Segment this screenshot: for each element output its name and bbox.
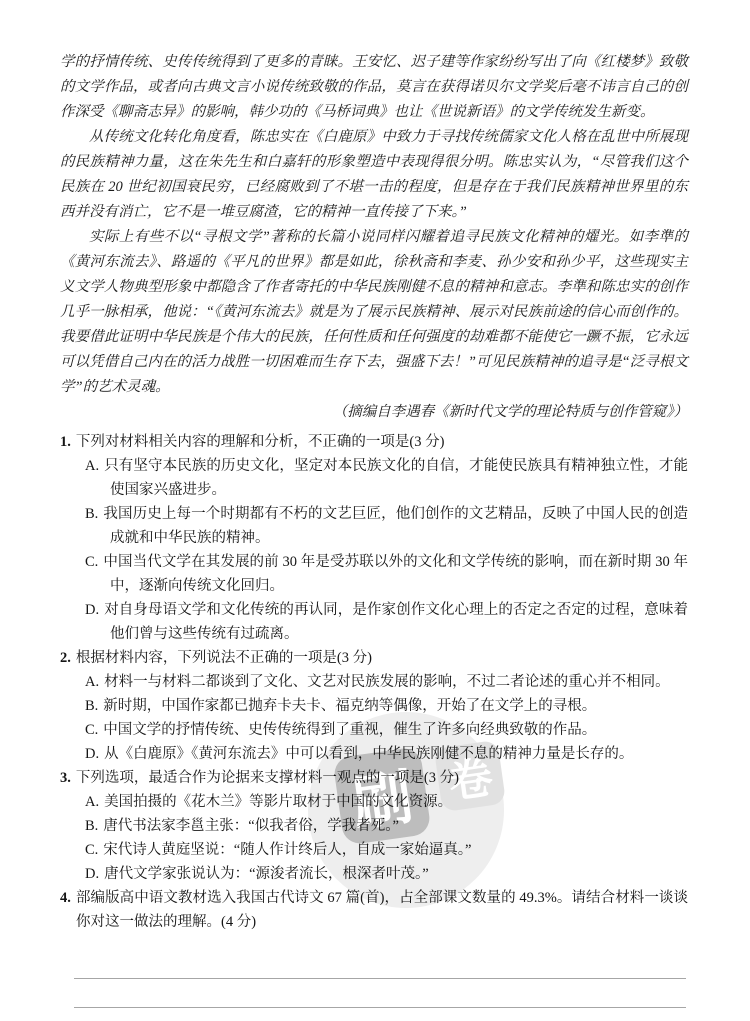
question-4: 4.部编版高中语文教材选入我国古代诗文 67 篇(首)，占全部课文数量的 49.… (60, 886, 688, 934)
question-number: 1. (60, 434, 71, 450)
material-paragraph-2: 从传统文化转化角度看，陈忠实在《白鹿原》中致力于寻找传统儒家文化人格在乱世中所展… (60, 125, 688, 225)
option-label: C. (85, 722, 98, 738)
question-1-option-d: D.对自身母语文学和文化传统的再认同，是作家创作文化心理上的否定之否定的过程，意… (60, 598, 688, 646)
material-attribution: （摘编自李遇春《新时代文学的理论特质与创作管窥》） (60, 400, 688, 425)
question-number: 2. (60, 650, 71, 666)
option-label: B. (85, 818, 98, 834)
page-content: 学的抒情传统、史传传统得到了更多的青睐。王安忆、迟子建等作家纷纷写出了向《红楼梦… (60, 50, 688, 1008)
question-3-option-d: D.唐代文学家张说认为：“源浚者流长，根深者叶茂。” (60, 862, 688, 886)
option-label: C. (85, 842, 98, 858)
question-stem-text: 下列对材料相关内容的理解和分析，不正确的一项是(3 分) (76, 434, 445, 450)
question-2-option-c: C.中国文学的抒情传统、史传传统得到了重视，催生了许多向经典致敬的作品。 (60, 718, 688, 742)
option-label: D. (85, 602, 99, 618)
option-label: B. (85, 506, 98, 522)
answer-area (60, 950, 688, 1008)
option-text: 新时期，中国作家都已抛弃卡夫卡、福克纳等偶像，开始了在文学上的寻根。 (103, 698, 596, 714)
question-2-option-b: B.新时期，中国作家都已抛弃卡夫卡、福克纳等偶像，开始了在文学上的寻根。 (60, 694, 688, 718)
option-text: 中国文学的抒情传统、史传传统得到了重视，催生了许多向经典致敬的作品。 (103, 722, 596, 738)
option-label: D. (85, 866, 99, 882)
option-label: C. (85, 554, 98, 570)
question-stem-text: 部编版高中语文教材选入我国古代诗文 67 篇(首)，占全部课文数量的 49.3%… (76, 890, 688, 930)
answer-line-1 (74, 950, 686, 979)
question-stem-text: 根据材料内容，下列说法不正确的一项是(3 分) (76, 650, 372, 666)
option-text: 中国当代文学在其发展的前 30 年是受苏联以外的文化和文学传统的影响，而在新时期… (103, 554, 688, 594)
question-number: 3. (60, 770, 71, 786)
option-text: 唐代书法家李邕主张：“似我者俗，学我者死。” (103, 818, 399, 834)
option-label: A. (85, 674, 99, 690)
answer-line-2 (74, 979, 686, 1008)
option-label: A. (85, 794, 99, 810)
question-stem-text: 下列选项，最适合作为论据来支撑材料一观点的一项是(3 分) (76, 770, 459, 786)
option-text: 只有坚守本民族的历史文化，坚定对本民族文化的自信，才能使民族具有精神独立性，才能… (104, 458, 688, 498)
material-paragraph-3: 实际上有些不以“寻根文学”著称的长篇小说同样闪耀着追寻民族文化精神的燿光。如李準… (60, 225, 688, 400)
question-3-option-c: C.宋代诗人黄庭坚说：“随人作计终后人，自成一家始逼真。” (60, 838, 688, 862)
option-text: 材料一与材料二都谈到了文化、文艺对民族发展的影响，不过二者论述的重心并不相同。 (104, 674, 670, 690)
option-text: 美国拍摄的《花木兰》等影片取材于中国的文化资源。 (104, 794, 452, 810)
question-2-option-d: D.从《白鹿原》《黄河东流去》中可以看到，中华民族刚健不息的精神力量是长存的。 (60, 742, 688, 766)
question-1-option-c: C.中国当代文学在其发展的前 30 年是受苏联以外的文化和文学传统的影响，而在新… (60, 550, 688, 598)
question-4-stem: 4.部编版高中语文教材选入我国古代诗文 67 篇(首)，占全部课文数量的 49.… (60, 886, 688, 934)
question-3-stem: 3.下列选项，最适合作为论据来支撑材料一观点的一项是(3 分) (60, 766, 688, 790)
question-2-option-a: A.材料一与材料二都谈到了文化、文艺对民族发展的影响，不过二者论述的重心并不相同… (60, 670, 688, 694)
option-text: 从《白鹿原》《黄河东流去》中可以看到，中华民族刚健不息的精神力量是长存的。 (104, 746, 633, 762)
question-2: 2.根据材料内容，下列说法不正确的一项是(3 分) A.材料一与材料二都谈到了文… (60, 646, 688, 766)
question-1: 1.下列对材料相关内容的理解和分析，不正确的一项是(3 分) A.只有坚守本民族… (60, 430, 688, 646)
option-text: 我国历史上每一个时期都有不朽的文艺巨匠，他们创作的文艺精品，反映了中国人民的创造… (103, 506, 688, 546)
option-label: A. (85, 458, 99, 474)
option-label: B. (85, 698, 98, 714)
option-label: D. (85, 746, 99, 762)
option-text: 宋代诗人黄庭坚说：“随人作计终后人，自成一家始逼真。” (103, 842, 471, 858)
question-3-option-b: B.唐代书法家李邕主张：“似我者俗，学我者死。” (60, 814, 688, 838)
question-3-option-a: A.美国拍摄的《花木兰》等影片取材于中国的文化资源。 (60, 790, 688, 814)
option-text: 对自身母语文学和文化传统的再认同，是作家创作文化心理上的否定之否定的过程，意味着… (104, 602, 688, 642)
material-paragraph-1: 学的抒情传统、史传传统得到了更多的青睐。王安忆、迟子建等作家纷纷写出了向《红楼梦… (60, 50, 688, 125)
question-1-option-b: B.我国历史上每一个时期都有不朽的文艺巨匠，他们创作的文艺精品，反映了中国人民的… (60, 502, 688, 550)
question-1-option-a: A.只有坚守本民族的历史文化，坚定对本民族文化的自信，才能使民族具有精神独立性，… (60, 454, 688, 502)
option-text: 唐代文学家张说认为：“源浚者流长，根深者叶茂。” (104, 866, 429, 882)
question-3: 3.下列选项，最适合作为论据来支撑材料一观点的一项是(3 分) A.美国拍摄的《… (60, 766, 688, 886)
question-2-stem: 2.根据材料内容，下列说法不正确的一项是(3 分) (60, 646, 688, 670)
question-1-stem: 1.下列对材料相关内容的理解和分析，不正确的一项是(3 分) (60, 430, 688, 454)
exam-paper-page: 刷 卷 学的抒情传统、史传传统得到了更多的青睐。王安忆、迟子建等作家纷纷写出了向… (0, 0, 750, 1021)
question-number: 4. (60, 890, 71, 906)
